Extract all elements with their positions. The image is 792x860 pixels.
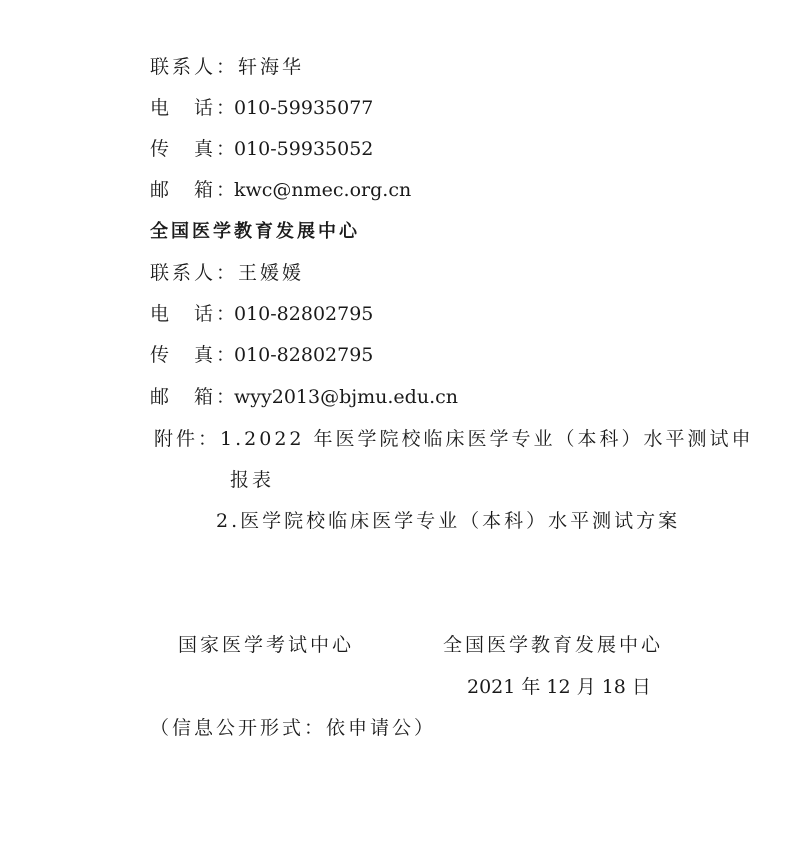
- email-label: 邮 箱：: [150, 178, 234, 202]
- phone-label: 电 话：: [150, 96, 234, 120]
- attachment-label: 附件：: [154, 428, 220, 450]
- email-line-1: 邮 箱：kwc@nmec.org.cn: [150, 178, 411, 202]
- contact-line-2: 联系人：王媛媛: [150, 261, 304, 285]
- phone-line-2: 电 话：010-82802795: [150, 302, 373, 326]
- contact-label: 联系人：: [150, 56, 238, 78]
- org-heading: 全国医学教育发展中心: [150, 220, 360, 244]
- fax-label: 传 真：: [150, 343, 234, 367]
- email-line-2: 邮 箱：wyy2013@bjmu.edu.cn: [150, 385, 458, 409]
- email-value: kwc@nmec.org.cn: [234, 179, 411, 201]
- attachment-line-1-cont: 报表: [230, 468, 274, 492]
- fax-value: 010-82802795: [234, 344, 373, 366]
- fax-line-1: 传 真：010-59935052: [150, 137, 373, 161]
- phone-value: 010-59935077: [234, 97, 373, 119]
- email-label: 邮 箱：: [150, 385, 234, 409]
- attachment-line-1: 附件：1.2022 年医学院校临床医学专业（本科）水平测试申: [154, 427, 754, 451]
- email-value: wyy2013@bjmu.edu.cn: [234, 386, 458, 408]
- fax-value: 010-59935052: [234, 138, 373, 160]
- fax-line-2: 传 真：010-82802795: [150, 343, 373, 367]
- phone-label: 电 话：: [150, 302, 234, 326]
- attachment-item-2: 2.医学院校临床医学专业（本科）水平测试方案: [216, 509, 680, 533]
- contact-line-1: 联系人：轩海华: [150, 55, 304, 79]
- fax-label: 传 真：: [150, 137, 234, 161]
- contact-name: 轩海华: [238, 56, 304, 78]
- signature-org-right: 全国医学教育发展中心: [443, 633, 663, 657]
- contact-name: 王媛媛: [238, 262, 304, 284]
- signature-date: 2021 年 12 月 18 日: [467, 675, 651, 699]
- phone-value: 010-82802795: [234, 303, 373, 325]
- phone-line-1: 电 话：010-59935077: [150, 96, 373, 120]
- signature-org-left: 国家医学考试中心: [178, 633, 354, 657]
- attachment-item-1: 1.2022 年医学院校临床医学专业（本科）水平测试申: [220, 428, 754, 450]
- disclosure-note: （信息公开形式：依申请公）: [150, 716, 436, 740]
- contact-label: 联系人：: [150, 262, 238, 284]
